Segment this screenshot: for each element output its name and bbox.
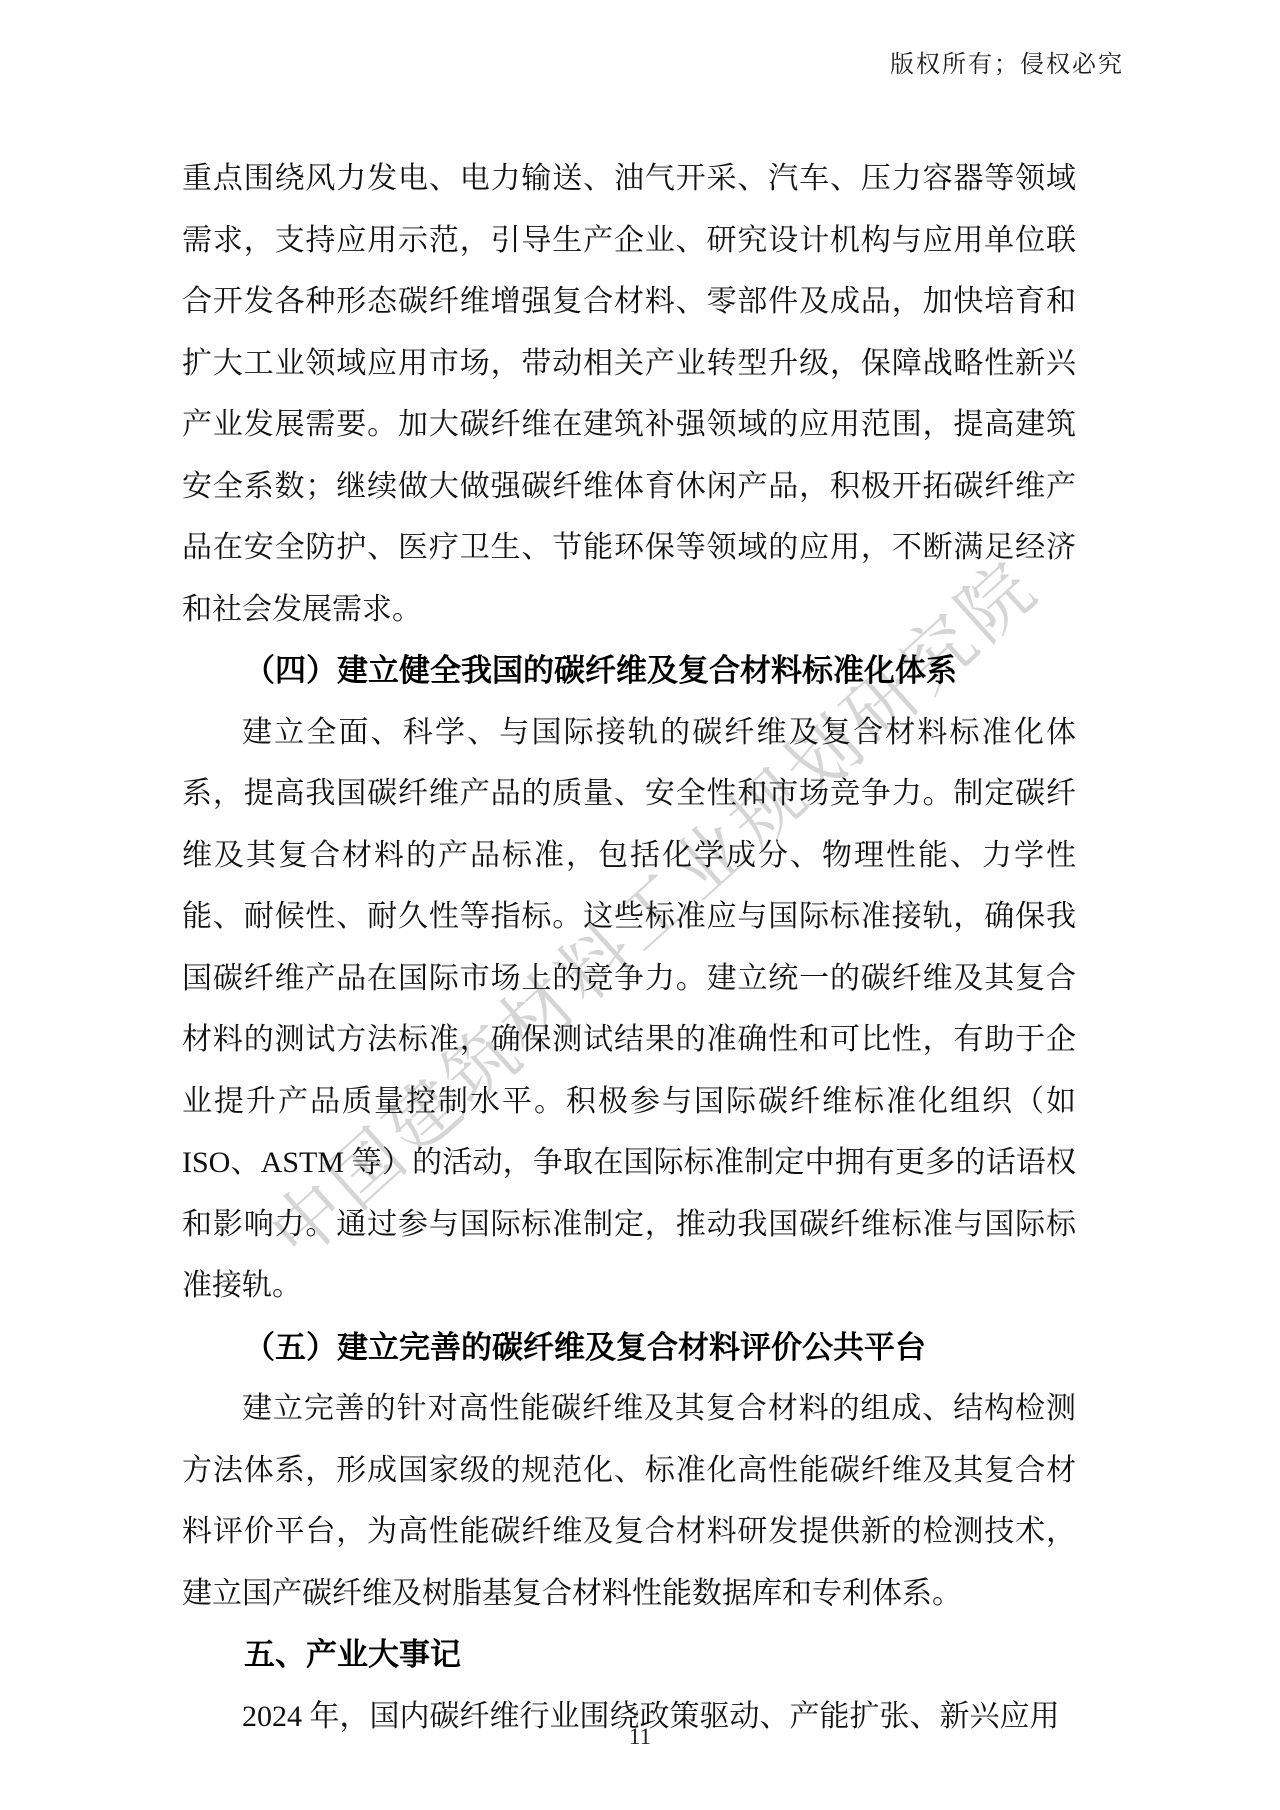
document-page: 版权所有；侵权必究 中国建筑材料工业规划研究院 重点围绕风力发电、电力输送、油气…: [0, 0, 1280, 1810]
document-body: 重点围绕风力发电、电力输送、油气开采、汽车、压力容器等领域需求，支持应用示范，引…: [182, 148, 1076, 1747]
paragraph-standardization-system: 建立全面、科学、与国际接轨的碳纤维及复合材料标准化体系，提高我国碳纤维产品的质量…: [182, 702, 1076, 1317]
paragraph-application-fields: 重点围绕风力发电、电力输送、油气开采、汽车、压力容器等领域需求，支持应用示范，引…: [182, 148, 1076, 640]
heading-chapter-5-industry-events: 五、产业大事记: [182, 1624, 1076, 1686]
page-number: 11: [0, 1724, 1280, 1750]
copyright-notice: 版权所有；侵权必究: [890, 44, 1124, 79]
heading-section-4-standardization: （四）建立健全我国的碳纤维及复合材料标准化体系: [182, 640, 1076, 702]
paragraph-evaluation-platform: 建立完善的针对高性能碳纤维及其复合材料的组成、结构检测方法体系，形成国家级的规范…: [182, 1378, 1076, 1624]
heading-section-5-evaluation-platform: （五）建立完善的碳纤维及复合材料评价公共平台: [182, 1317, 1076, 1379]
